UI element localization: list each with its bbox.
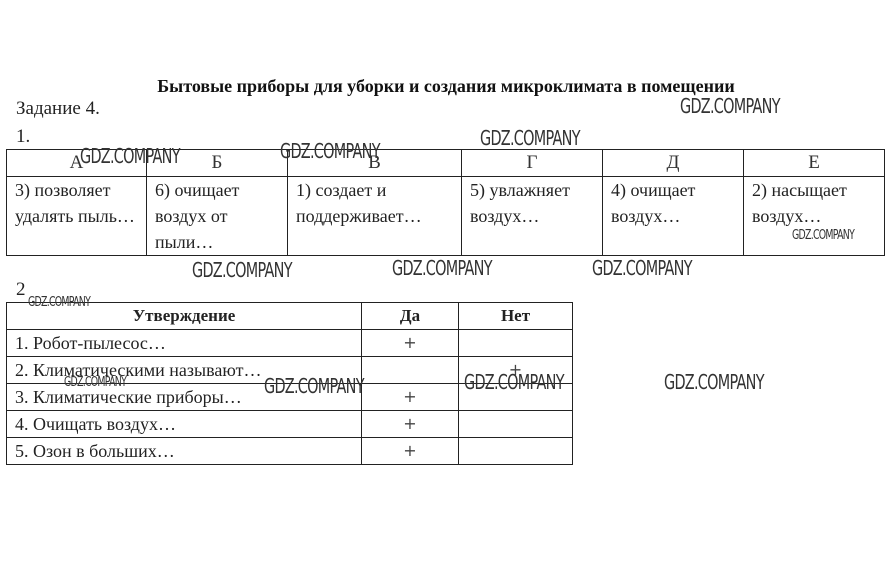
matching-answer-g: 5) увлажняет воздух… bbox=[462, 177, 603, 256]
no-header: Нет bbox=[459, 303, 573, 330]
yes-mark bbox=[362, 357, 459, 384]
no-mark bbox=[459, 330, 573, 357]
table-row: 2. Климатическими называют… + bbox=[7, 357, 573, 384]
watermark: GDZ.COMPANY bbox=[680, 95, 780, 117]
matching-answer-d: 4) очищает воздух… bbox=[603, 177, 744, 256]
statement-cell: 4. Очищать воздух… bbox=[7, 411, 362, 438]
table-row: 4. Очищать воздух… + bbox=[7, 411, 573, 438]
watermark: GDZ.COMPANY bbox=[192, 259, 292, 281]
no-mark: + bbox=[459, 357, 573, 384]
yes-mark: + bbox=[362, 438, 459, 465]
matching-answer-a: 3) позволяет удалять пыль… bbox=[7, 177, 147, 256]
no-mark bbox=[459, 411, 573, 438]
matching-header-e: Е bbox=[744, 150, 885, 177]
document-title: Бытовые приборы для уборки и создания ми… bbox=[0, 76, 892, 96]
matching-answer-row: 3) позволяет удалять пыль… 6) очищает во… bbox=[7, 177, 885, 256]
statements-table: Утверждение Да Нет 1. Робот-пылесос… + 2… bbox=[6, 302, 573, 465]
matching-table: А Б В Г Д Е 3) позволяет удалять пыль… 6… bbox=[6, 149, 885, 256]
task-label: Задание 4. bbox=[16, 99, 100, 119]
table-row: 3. Климатические приборы… + bbox=[7, 384, 573, 411]
statement-cell: 5. Озон в больших… bbox=[7, 438, 362, 465]
matching-header-v: В bbox=[288, 150, 462, 177]
yes-mark: + bbox=[362, 330, 459, 357]
matching-header-g: Г bbox=[462, 150, 603, 177]
watermark: GDZ.COMPANY bbox=[392, 257, 492, 279]
statement-header: Утверждение bbox=[7, 303, 362, 330]
watermark: GDZ.COMPANY bbox=[664, 371, 764, 393]
matching-answer-e: 2) насыщает воздух… bbox=[744, 177, 885, 256]
statement-cell: 1. Робот-пылесос… bbox=[7, 330, 362, 357]
no-mark bbox=[459, 384, 573, 411]
statements-header-row: Утверждение Да Нет bbox=[7, 303, 573, 330]
yes-mark: + bbox=[362, 411, 459, 438]
matching-header-b: Б bbox=[147, 150, 288, 177]
no-mark bbox=[459, 438, 573, 465]
statement-cell: 3. Климатические приборы… bbox=[7, 384, 362, 411]
statement-cell: 2. Климатическими называют… bbox=[7, 357, 362, 384]
matching-answer-b: 6) очищает воздух от пыли… bbox=[147, 177, 288, 256]
matching-header-a: А bbox=[7, 150, 147, 177]
watermark: GDZ.COMPANY bbox=[592, 257, 692, 279]
yes-header: Да bbox=[362, 303, 459, 330]
matching-answer-v: 1) создает и поддерживает… bbox=[288, 177, 462, 256]
table-row: 5. Озон в больших… + bbox=[7, 438, 573, 465]
table-row: 1. Робот-пылесос… + bbox=[7, 330, 573, 357]
watermark: GDZ.COMPANY bbox=[480, 127, 580, 149]
section-1-number: 1. bbox=[16, 127, 30, 147]
yes-mark: + bbox=[362, 384, 459, 411]
matching-header-row: А Б В Г Д Е bbox=[7, 150, 885, 177]
matching-header-d: Д bbox=[603, 150, 744, 177]
section-2-number: 2 bbox=[16, 280, 26, 300]
